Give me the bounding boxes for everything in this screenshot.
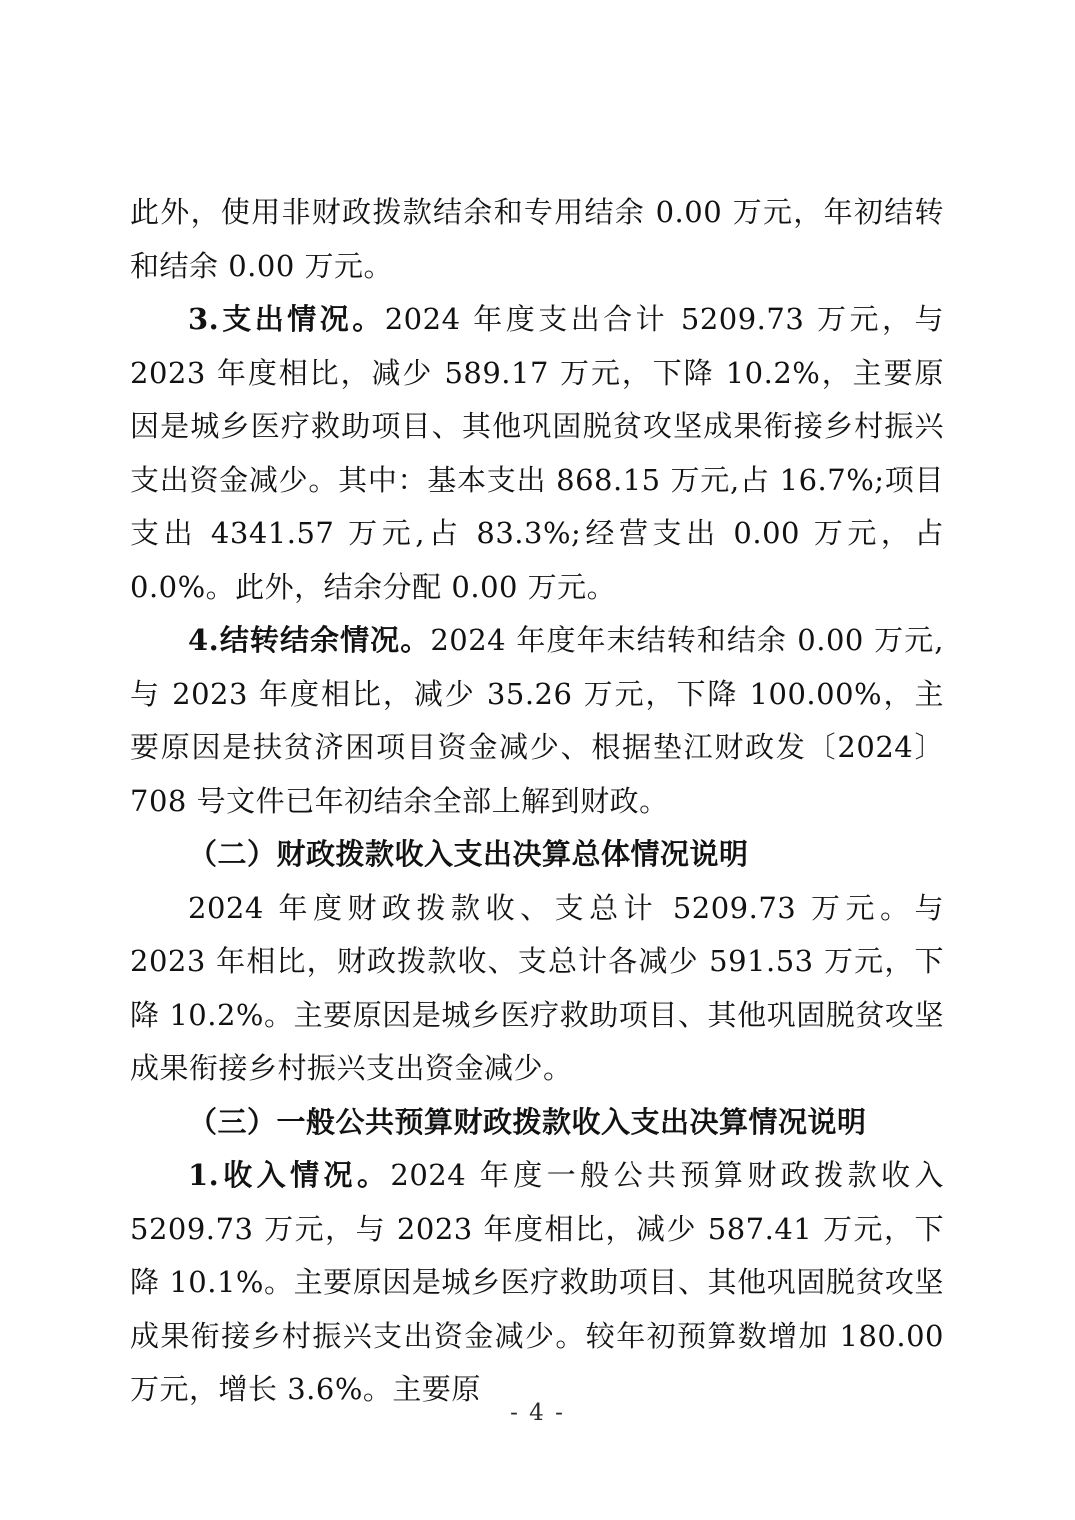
paragraph-text: 2024 年度支出合计 5209.73 万元，与 2023 年度相比，减少 58… bbox=[130, 302, 944, 604]
paragraph-lead: 4.结转结余情况。 bbox=[188, 623, 430, 657]
paragraph-carryover-balance: 4.结转结余情况。2024 年度年末结转和结余 0.00 万元,与 2023 年… bbox=[130, 614, 944, 828]
heading-text: （三）一般公共预算财政拨款收入支出决算情况说明 bbox=[188, 1105, 867, 1139]
section-heading-2: （二）财政拨款收入支出决算总体情况说明 bbox=[130, 828, 944, 882]
paragraph-carryover: 此外，使用非财政拨款结余和专用结余 0.00 万元，年初结转和结余 0.00 万… bbox=[130, 186, 944, 293]
page-number: - 4 - bbox=[0, 1398, 1075, 1428]
paragraph-text: 此外，使用非财政拨款结余和专用结余 0.00 万元，年初结转和结余 0.00 万… bbox=[130, 195, 944, 283]
document-body: 此外，使用非财政拨款结余和专用结余 0.00 万元，年初结转和结余 0.00 万… bbox=[130, 186, 944, 1417]
heading-text: （二）财政拨款收入支出决算总体情况说明 bbox=[188, 837, 749, 871]
paragraph-fiscal-appropriation: 2024 年度财政拨款收、支总计 5209.73 万元。与 2023 年相比，财… bbox=[130, 882, 944, 1096]
paragraph-lead: 3.支出情况。 bbox=[188, 302, 385, 336]
paragraph-expenditure: 3.支出情况。2024 年度支出合计 5209.73 万元，与 2023 年度相… bbox=[130, 293, 944, 614]
document-page: 此外，使用非财政拨款结余和专用结余 0.00 万元，年初结转和结余 0.00 万… bbox=[0, 0, 1075, 1520]
paragraph-lead: 1.收入情况。 bbox=[188, 1158, 390, 1192]
paragraph-text: 2024 年度一般公共预算财政拨款收入 5209.73 万元，与 2023 年度… bbox=[130, 1158, 944, 1406]
section-heading-3: （三）一般公共预算财政拨款收入支出决算情况说明 bbox=[130, 1096, 944, 1150]
paragraph-text: 2024 年度财政拨款收、支总计 5209.73 万元。与 2023 年相比，财… bbox=[130, 891, 944, 1086]
paragraph-income: 1.收入情况。2024 年度一般公共预算财政拨款收入 5209.73 万元，与 … bbox=[130, 1149, 944, 1417]
